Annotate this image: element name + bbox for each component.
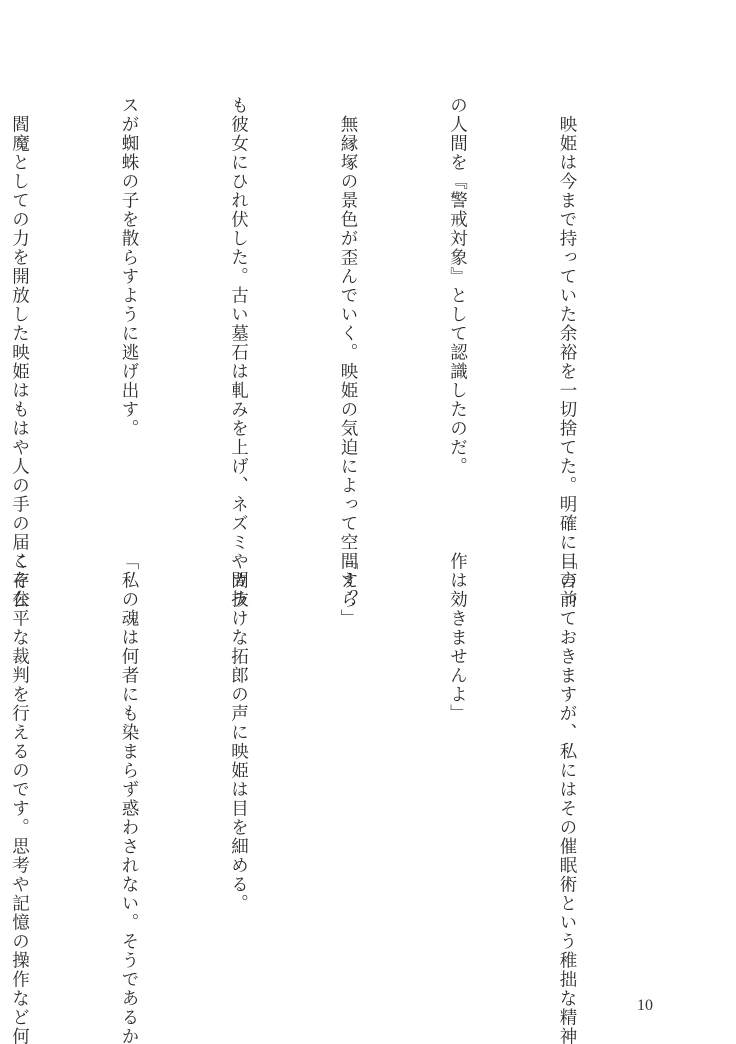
text-block-bottom: 「言っておきますが、私にはその催眠術という稚拙な精神操 作は効きませんよ」 「え… (0, 552, 658, 982)
text-block-top: 映姫は今まで持っていた余裕を一切捨てた。明確に目の前 の人間を『警戒対象』として… (0, 96, 658, 516)
text-line: も彼女にひれ伏した。古い墓石は軋みを上げ、ネズミやカラ (220, 96, 257, 516)
text-line: 作は効きませんよ」 (439, 552, 476, 982)
text-line: 間抜けな拓郎の声に映姫は目を細める。 (220, 552, 257, 982)
text-line: スが蜘蛛の子を散らすように逃げ出す。 (111, 96, 148, 516)
text-line: 「言っておきますが、私にはその催眠術という稚拙な精神操 (549, 552, 586, 982)
text-line: こそ公平な裁判を行えるのです。思考や記憶の操作など何の (1, 552, 38, 982)
text-line: 「え？」 (330, 552, 367, 982)
text-line: 無縁塚の景色が歪んでいく。映姫の気迫によって空間すら (330, 96, 367, 516)
text-line: 閻魔としての力を開放した映姫はもはや人の手の届く存在 (1, 96, 38, 516)
text-line: の人間を『警戒対象』として認識したのだ。 (439, 96, 476, 516)
text-line: 「私の魂は何者にも染まらず惑わされない。そうであるから (111, 552, 148, 982)
text-line: 映姫は今まで持っていた余裕を一切捨てた。明確に目の前 (549, 96, 586, 516)
page-number: 10 (637, 997, 653, 1015)
